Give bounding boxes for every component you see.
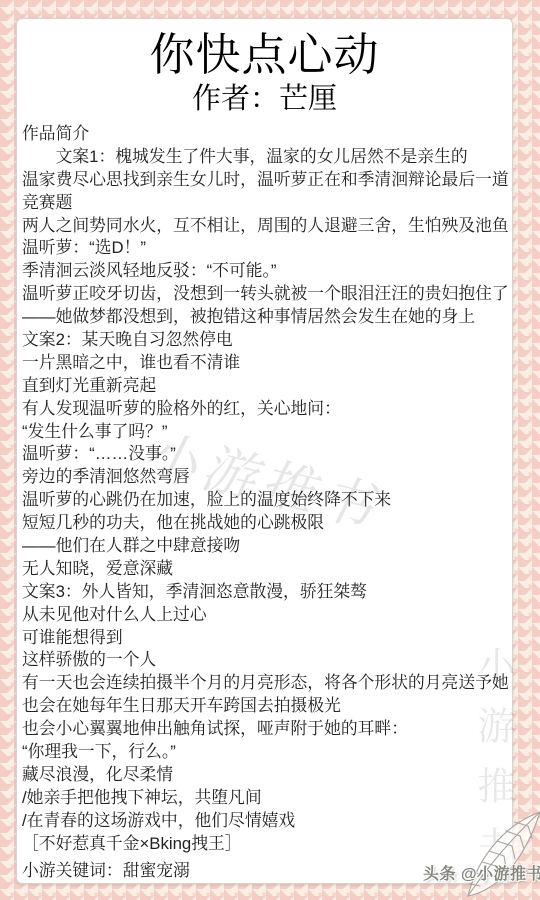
synopsis-line: 文案3：外人皆知，季清洄恣意散漫，骄狂桀骜 bbox=[22, 581, 516, 604]
synopsis-line: 温听萝正咬牙切齿，没想到一转头就被一个眼泪汪汪的贵妇抱住了 bbox=[22, 283, 516, 306]
synopsis-line: “发生什么事了吗？” bbox=[22, 421, 516, 444]
synopsis-line: 直到灯光重新亮起 bbox=[22, 375, 516, 398]
synopsis-line: 短短几秒的功夫，他在挑战她的心跳极限 bbox=[22, 512, 516, 535]
synopsis-line: 有人发现温听萝的脸格外的红，关心地问： bbox=[22, 398, 516, 421]
synopsis-line: 也会在她每年生日那天开车跨国去拍摄极光 bbox=[22, 695, 516, 718]
synopsis-line: ［不好惹真千金×Bking拽王］ bbox=[22, 833, 516, 856]
toutiao-credit: 头条 @小游推书 bbox=[423, 861, 540, 884]
synopsis-line: /她亲手把他拽下神坛，共堕凡间 bbox=[22, 787, 516, 810]
synopsis-line: 可谁能想得到 bbox=[22, 627, 516, 650]
synopsis-line: 竞赛题 bbox=[22, 192, 516, 215]
synopsis-line: 温家费尽心思找到亲生女儿时，温听萝正在和季清洄辩论最后一道 bbox=[22, 169, 516, 192]
synopsis-line: 季清洄云淡风轻地反驳：“不可能。” bbox=[22, 260, 516, 283]
book-intro-card: 你快点心动 作者：芒厘 作品简介 文案1：槐城发生了件大事，温家的女儿居然不是亲… bbox=[16, 18, 513, 884]
synopsis-line: 文案2：某天晚自习忽然停电 bbox=[22, 329, 516, 352]
synopsis-line: 也会小心翼翼地伸出触角试探，哑声附于她的耳畔： bbox=[22, 718, 516, 741]
book-title: 你快点心动 bbox=[17, 30, 512, 80]
synopsis-line: 温听萝：“选D！” bbox=[22, 237, 516, 260]
synopsis-line: 作品简介 bbox=[22, 123, 516, 146]
synopsis-line: 温听萝：“……没事。” bbox=[22, 443, 516, 466]
synopsis-line: ——她做梦都没想到，被抱错这种事情居然会发生在她的身上 bbox=[22, 306, 516, 329]
leaf-sketch-icon bbox=[458, 806, 540, 900]
synopsis-line: 有一天也会连续拍摄半个月的月亮形态，将各个形状的月亮送予她 bbox=[22, 672, 516, 695]
synopsis-line: 温听萝的心跳仍在加速，脸上的温度始终降不下来 bbox=[22, 489, 516, 512]
keyword-line: 小游关键词：甜蜜宠溺 bbox=[22, 860, 190, 883]
synopsis-line: 两人之间势同水火，互不相让，周围的人退避三舍，生怕殃及池鱼 bbox=[22, 215, 516, 238]
synopsis-line: 旁边的季清洄悠然弯唇 bbox=[22, 466, 516, 489]
synopsis-line: 从未见他对什么人上过心 bbox=[22, 604, 516, 627]
poster-canvas: 你快点心动 作者：芒厘 作品简介 文案1：槐城发生了件大事，温家的女儿居然不是亲… bbox=[0, 0, 540, 900]
synopsis-line: “你理我一下，行么。” bbox=[22, 741, 516, 764]
synopsis-line: 这样骄傲的一个人 bbox=[22, 649, 516, 672]
synopsis-line: 藏尽浪漫，化尽柔情 bbox=[22, 764, 516, 787]
book-author: 作者：芒厘 bbox=[17, 81, 512, 117]
synopsis-line: 一片黑暗之中，谁也看不清谁 bbox=[22, 352, 516, 375]
synopsis-line: /在青春的这场游戏中，他们尽情嬉戏 bbox=[22, 810, 516, 833]
synopsis-line: ——他们在人群之中肆意接吻 bbox=[22, 535, 516, 558]
synopsis: 作品简介 文案1：槐城发生了件大事，温家的女儿居然不是亲生的温家费尽心思找到亲生… bbox=[22, 123, 516, 856]
synopsis-line: 无人知晓，爱意深藏 bbox=[22, 558, 516, 581]
synopsis-line: 文案1：槐城发生了件大事，温家的女儿居然不是亲生的 bbox=[22, 146, 516, 169]
